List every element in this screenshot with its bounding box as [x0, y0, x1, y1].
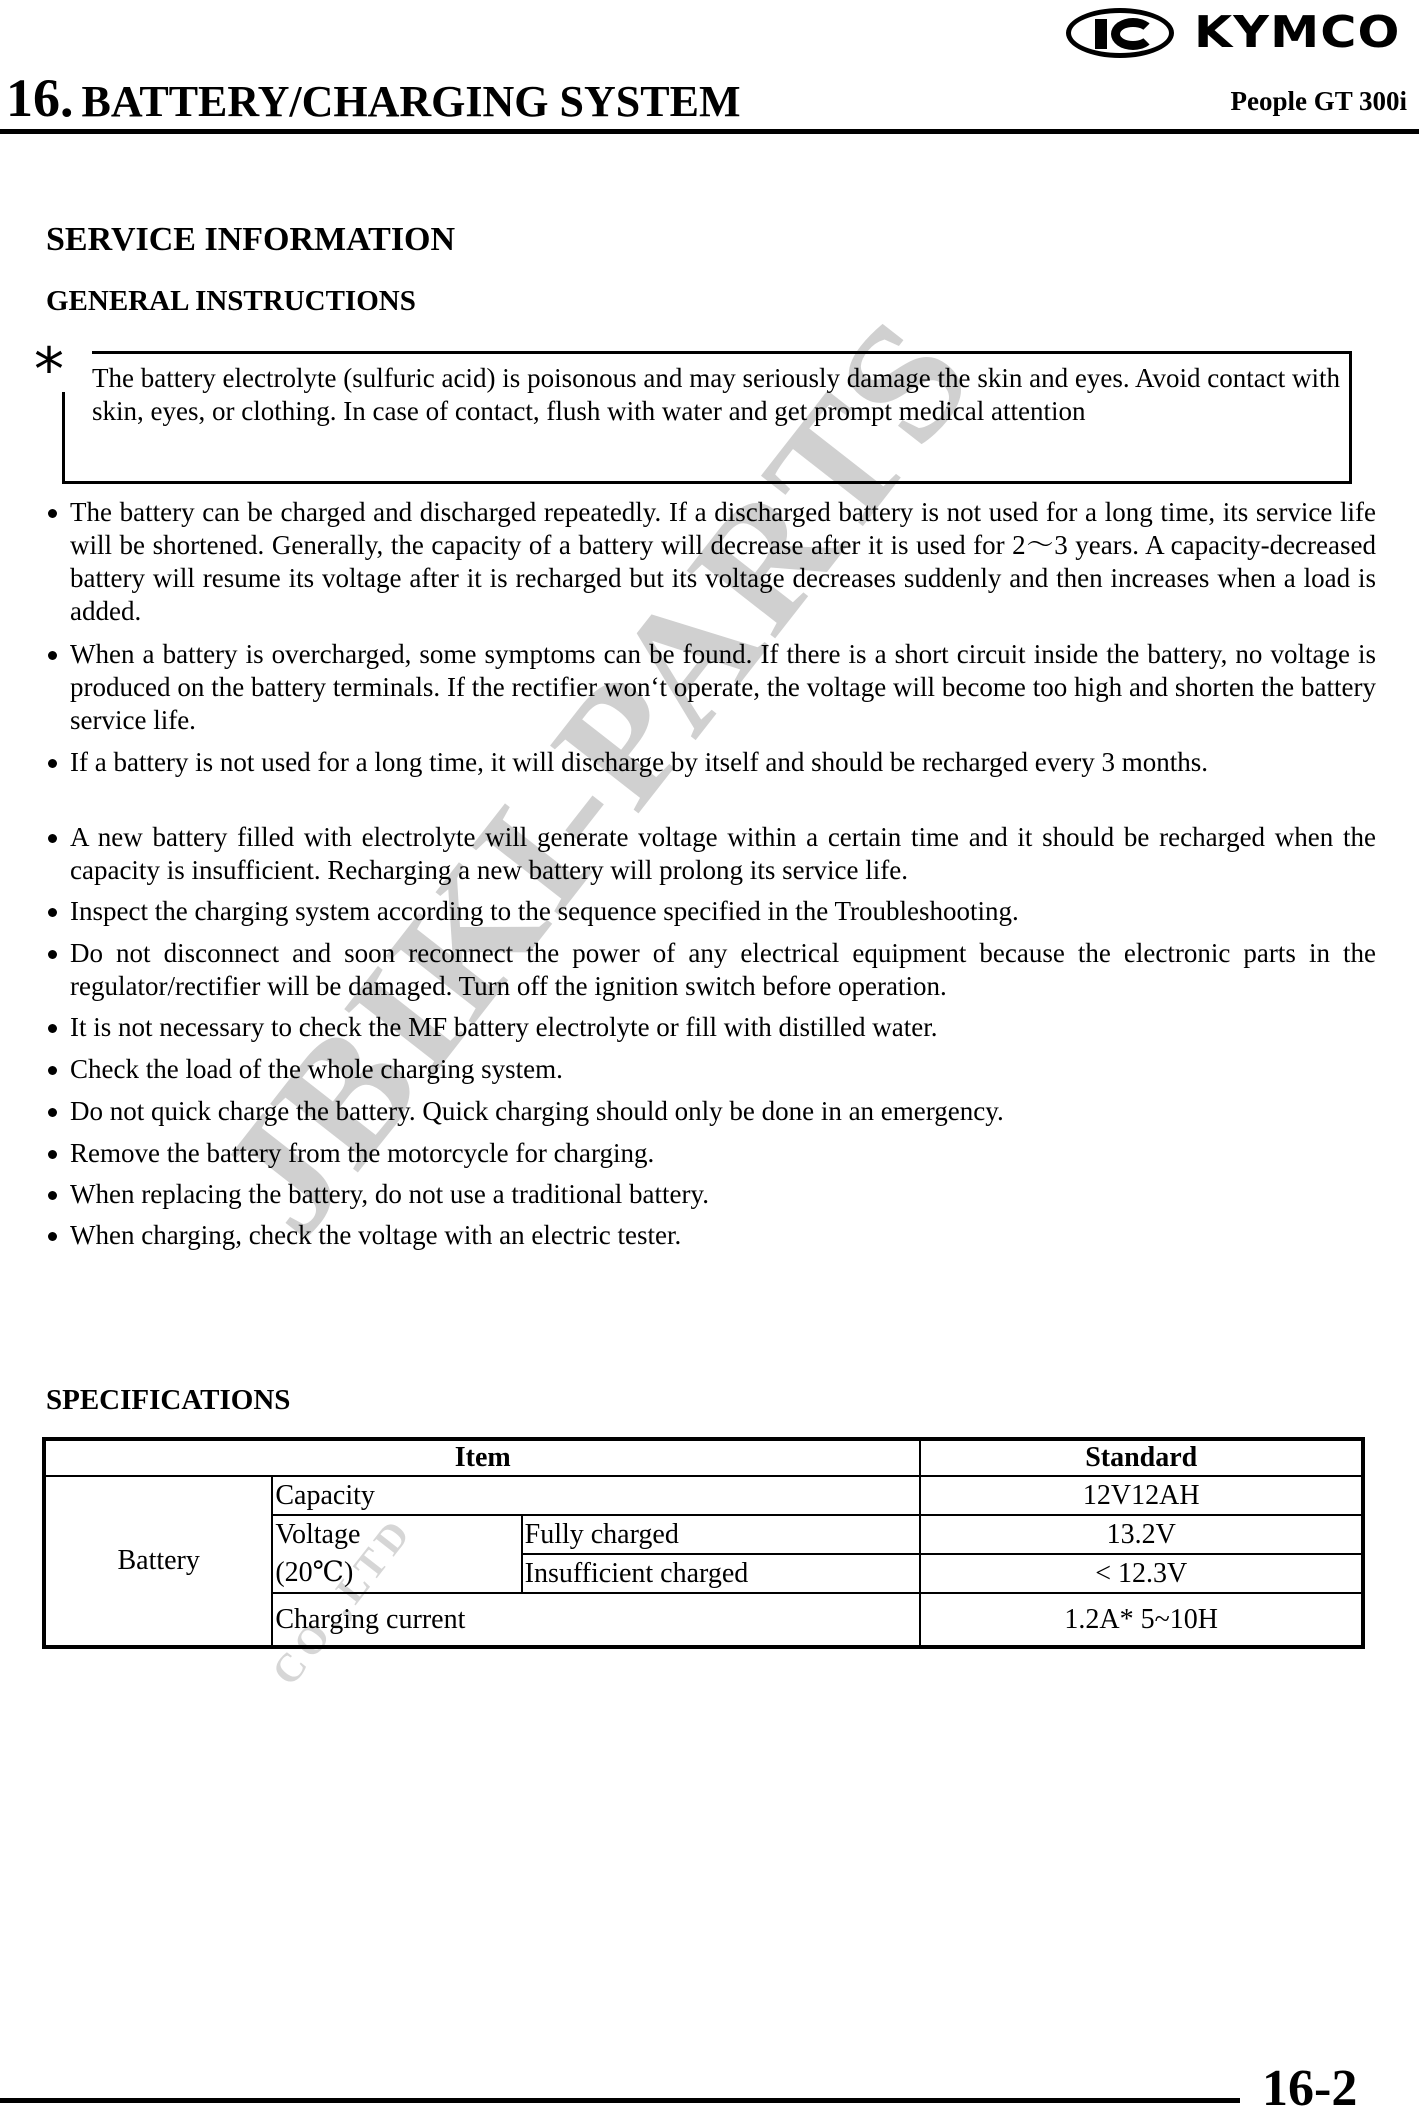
kymco-emblem-icon: [1066, 8, 1174, 58]
battery-group-label: Battery: [44, 1476, 272, 1647]
column-header-standard: Standard: [920, 1439, 1363, 1476]
chapter-name: BATTERY/CHARGING SYSTEM: [82, 77, 741, 126]
list-item: If a battery is not used for a long time…: [46, 746, 1376, 779]
voltage-label-line2: (20℃): [275, 1554, 518, 1592]
warning-text: The battery electrolyte (sulfuric acid) …: [92, 362, 1340, 428]
service-information-heading: SERVICE INFORMATION: [46, 220, 455, 260]
list-item: Do not quick charge the battery. Quick c…: [46, 1095, 1376, 1128]
specifications-heading: SPECIFICATIONS: [46, 1383, 290, 1417]
model-name: People GT 300i: [1230, 84, 1407, 118]
charging-current-value: 1.2A* 5~10H: [920, 1593, 1363, 1647]
table-header-row: Item Standard: [44, 1439, 1363, 1476]
asterisk-icon: *: [34, 340, 64, 400]
general-instructions-heading: GENERAL INSTRUCTIONS: [46, 284, 416, 318]
kymco-logo: KYMCO: [1066, 6, 1416, 62]
column-header-item: Item: [44, 1439, 920, 1476]
capacity-label: Capacity: [272, 1476, 920, 1515]
list-item: It is not necessary to check the MF batt…: [46, 1011, 1376, 1044]
fully-charged-label: Fully charged: [522, 1515, 921, 1554]
charging-current-label: Charging current: [272, 1593, 920, 1647]
table-row: Battery Capacity 12V12AH: [44, 1476, 1363, 1515]
page-number: 16-2: [1262, 2060, 1357, 2118]
fully-charged-value: 13.2V: [920, 1515, 1363, 1554]
list-item: The battery can be charged and discharge…: [46, 496, 1376, 628]
list-item: Do not disconnect and soon reconnect the…: [46, 937, 1376, 1003]
voltage-label: Voltage (20℃): [272, 1515, 521, 1593]
insufficient-charged-label: Insufficient charged: [522, 1554, 921, 1593]
list-item: Check the load of the whole charging sys…: [46, 1053, 1376, 1086]
list-item: Remove the battery from the motorcycle f…: [46, 1137, 1376, 1170]
voltage-label-line1: Voltage: [275, 1516, 518, 1554]
brand-name: KYMCO: [1194, 8, 1401, 58]
list-item: When charging, check the voltage with an…: [46, 1219, 1376, 1252]
list-item: A new battery filled with electrolyte wi…: [46, 821, 1376, 887]
header-rule: [0, 129, 1419, 134]
warning-box-gap: [62, 351, 92, 354]
capacity-value: 12V12AH: [920, 1476, 1363, 1515]
footer-rule: [0, 2098, 1240, 2103]
specifications-table: Item Standard Battery Capacity 12V12AH V…: [42, 1437, 1365, 1649]
insufficient-charged-value: < 12.3V: [920, 1554, 1363, 1593]
list-item: When a battery is overcharged, some symp…: [46, 638, 1376, 737]
warning-box-left-border: [62, 392, 65, 484]
list-item: Inspect the charging system according to…: [46, 895, 1376, 928]
chapter-number: 16.: [6, 68, 74, 128]
list-item: When replacing the battery, do not use a…: [46, 1178, 1376, 1211]
